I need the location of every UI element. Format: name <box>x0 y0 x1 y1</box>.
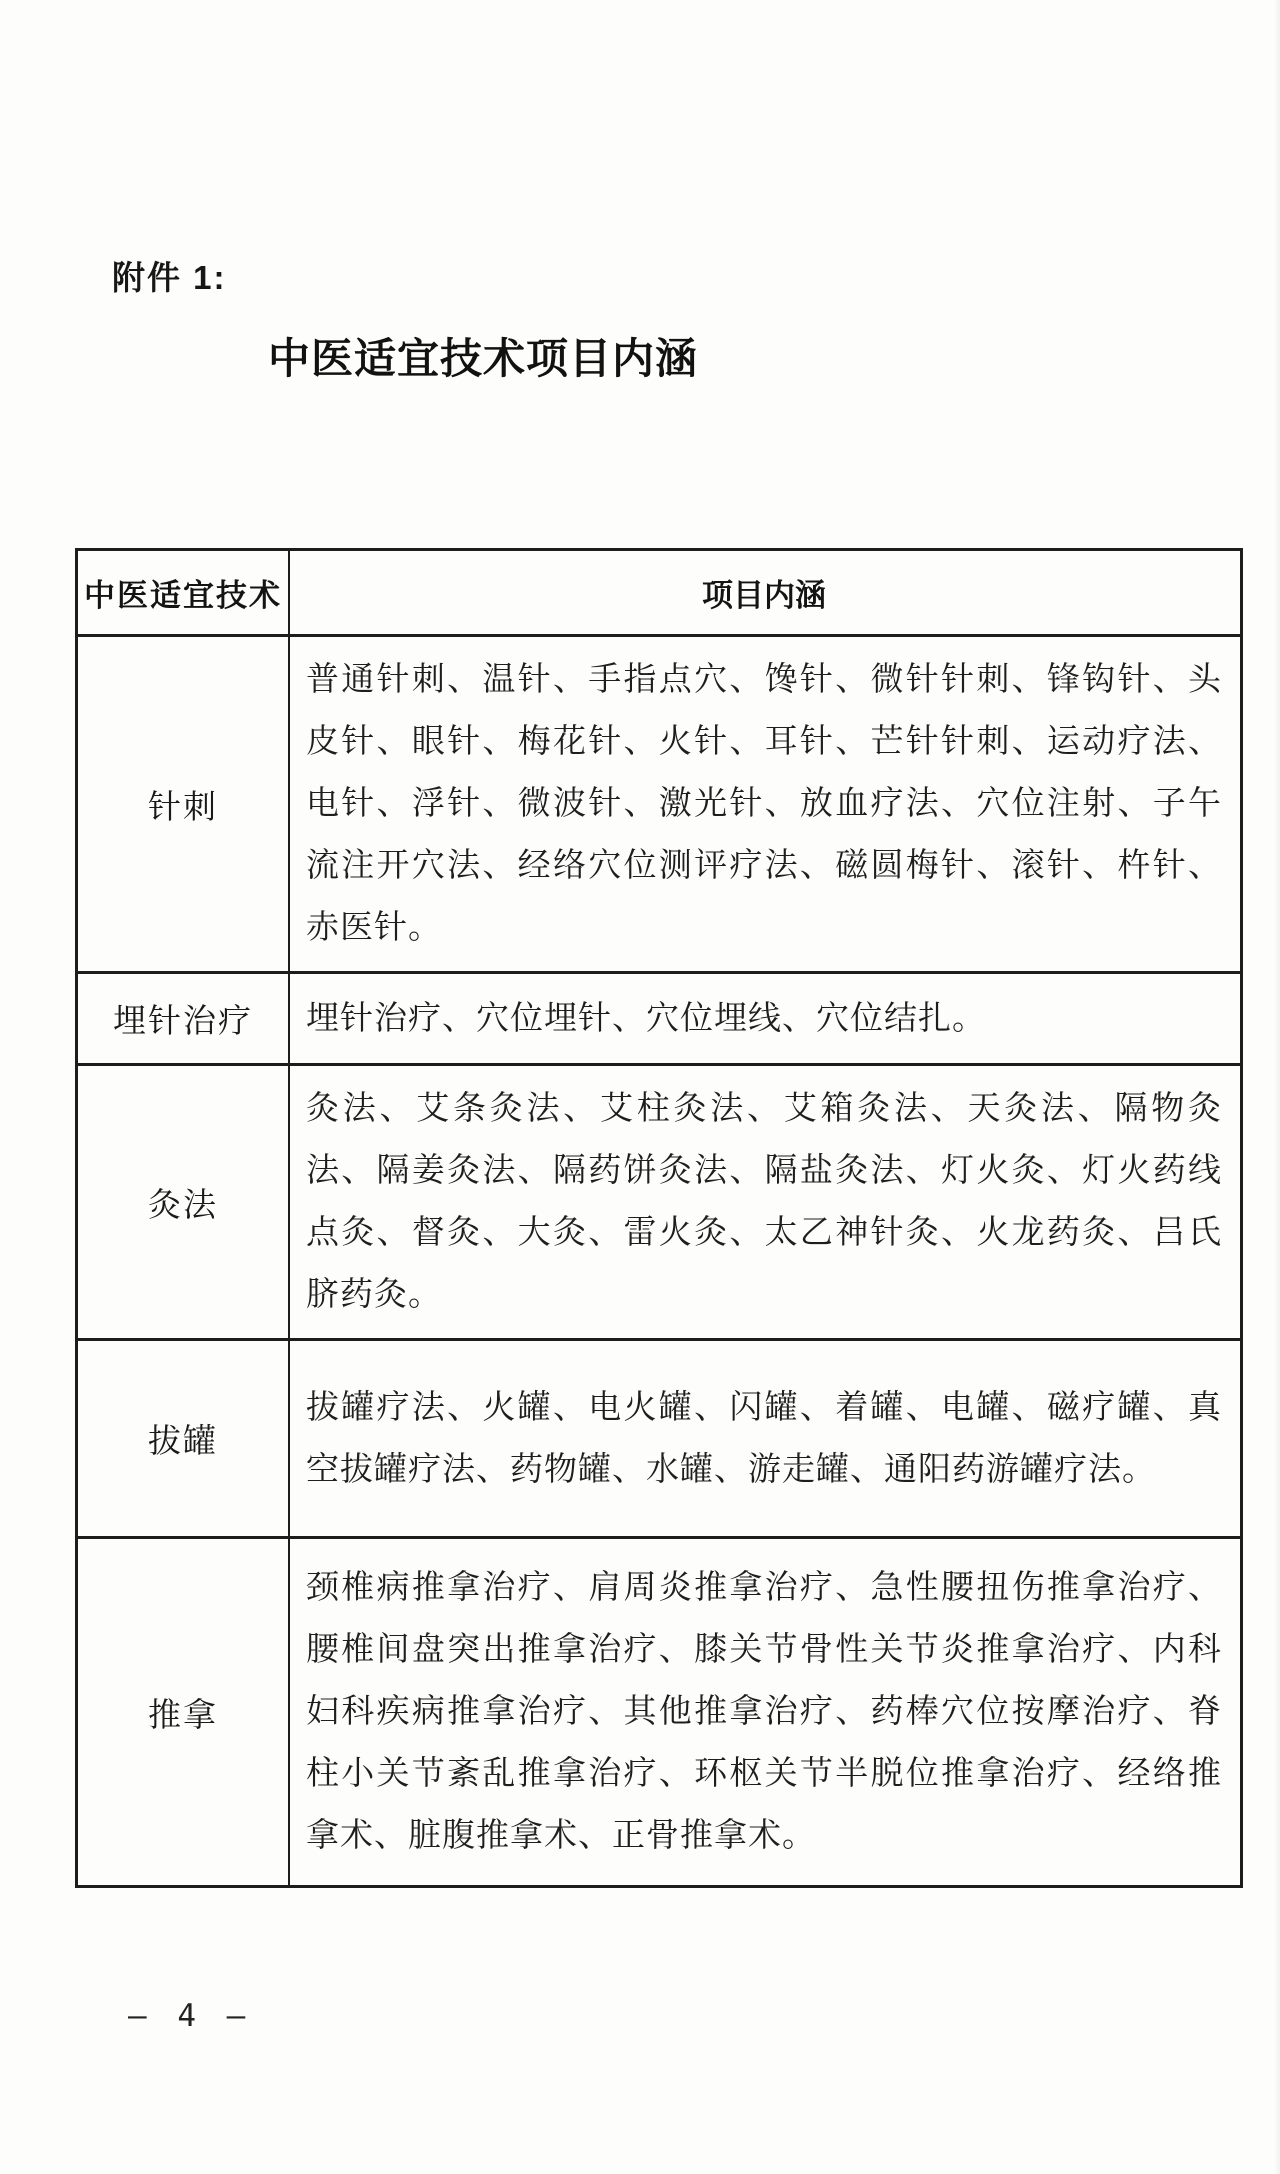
content-cell: 颈椎病推拿治疗、肩周炎推拿治疗、急性腰扭伤推拿治疗、腰椎间盘突出推拿治疗、膝关节… <box>290 1539 1240 1885</box>
scan-edge-shading <box>1274 0 1280 2174</box>
scanned-document-page: 附件 1: 中医适宜技术项目内涵 中医适宜技术 项目内涵 针刺 普通针刺、温针、… <box>0 0 1280 2174</box>
content-cell: 灸法、艾条灸法、艾柱灸法、艾箱灸法、天灸法、隔物灸法、隔姜灸法、隔药饼灸法、隔盐… <box>290 1066 1240 1338</box>
content-cell: 普通针刺、温针、手指点穴、馋针、微针针刺、锋钩针、头皮针、眼针、梅花针、火针、耳… <box>290 637 1240 971</box>
page-title: 中医适宜技术项目内涵 <box>268 326 698 386</box>
content-text: 埋针治疗、穴位埋针、穴位埋线、穴位结扎。 <box>306 988 1222 1050</box>
technique-cell: 推拿 <box>78 1539 290 1885</box>
technique-cell: 针刺 <box>78 637 290 971</box>
table-row: 灸法 灸法、艾条灸法、艾柱灸法、艾箱灸法、天灸法、隔物灸法、隔姜灸法、隔药饼灸法… <box>78 1066 1240 1341</box>
header-cell-technique: 中医适宜技术 <box>78 551 290 634</box>
header-cell-content: 项目内涵 <box>290 551 1240 634</box>
table-body: 针刺 普通针刺、温针、手指点穴、馋针、微针针刺、锋钩针、头皮针、眼针、梅花针、火… <box>78 637 1240 1885</box>
table-row: 针刺 普通针刺、温针、手指点穴、馋针、微针针刺、锋钩针、头皮针、眼针、梅花针、火… <box>78 637 1240 974</box>
content-text: 颈椎病推拿治疗、肩周炎推拿治疗、急性腰扭伤推拿治疗、腰椎间盘突出推拿治疗、膝关节… <box>306 1557 1222 1867</box>
table-row: 拔罐 拔罐疗法、火罐、电火罐、闪罐、着罐、电罐、磁疗罐、真空拔罐疗法、药物罐、水… <box>78 1341 1240 1539</box>
content-cell: 埋针治疗、穴位埋针、穴位埋线、穴位结扎。 <box>290 974 1240 1063</box>
content-cell: 拔罐疗法、火罐、电火罐、闪罐、着罐、电罐、磁疗罐、真空拔罐疗法、药物罐、水罐、游… <box>290 1341 1240 1536</box>
table-row: 推拿 颈椎病推拿治疗、肩周炎推拿治疗、急性腰扭伤推拿治疗、腰椎间盘突出推拿治疗、… <box>78 1539 1240 1885</box>
content-text: 拔罐疗法、火罐、电火罐、闪罐、着罐、电罐、磁疗罐、真空拔罐疗法、药物罐、水罐、游… <box>306 1377 1222 1501</box>
content-text: 灸法、艾条灸法、艾柱灸法、艾箱灸法、天灸法、隔物灸法、隔姜灸法、隔药饼灸法、隔盐… <box>306 1078 1222 1326</box>
technique-cell: 埋针治疗 <box>78 974 290 1063</box>
technique-cell: 灸法 <box>78 1066 290 1338</box>
technique-cell: 拔罐 <box>78 1341 290 1536</box>
page-number: – 4 – <box>128 1998 251 2034</box>
table-header-row: 中医适宜技术 项目内涵 <box>78 551 1240 637</box>
table-row: 埋针治疗 埋针治疗、穴位埋针、穴位埋线、穴位结扎。 <box>78 974 1240 1066</box>
tcm-techniques-table: 中医适宜技术 项目内涵 针刺 普通针刺、温针、手指点穴、馋针、微针针刺、锋钩针、… <box>75 548 1243 1888</box>
content-text: 普通针刺、温针、手指点穴、馋针、微针针刺、锋钩针、头皮针、眼针、梅花针、火针、耳… <box>306 649 1222 959</box>
attachment-label: 附件 1: <box>112 252 227 299</box>
